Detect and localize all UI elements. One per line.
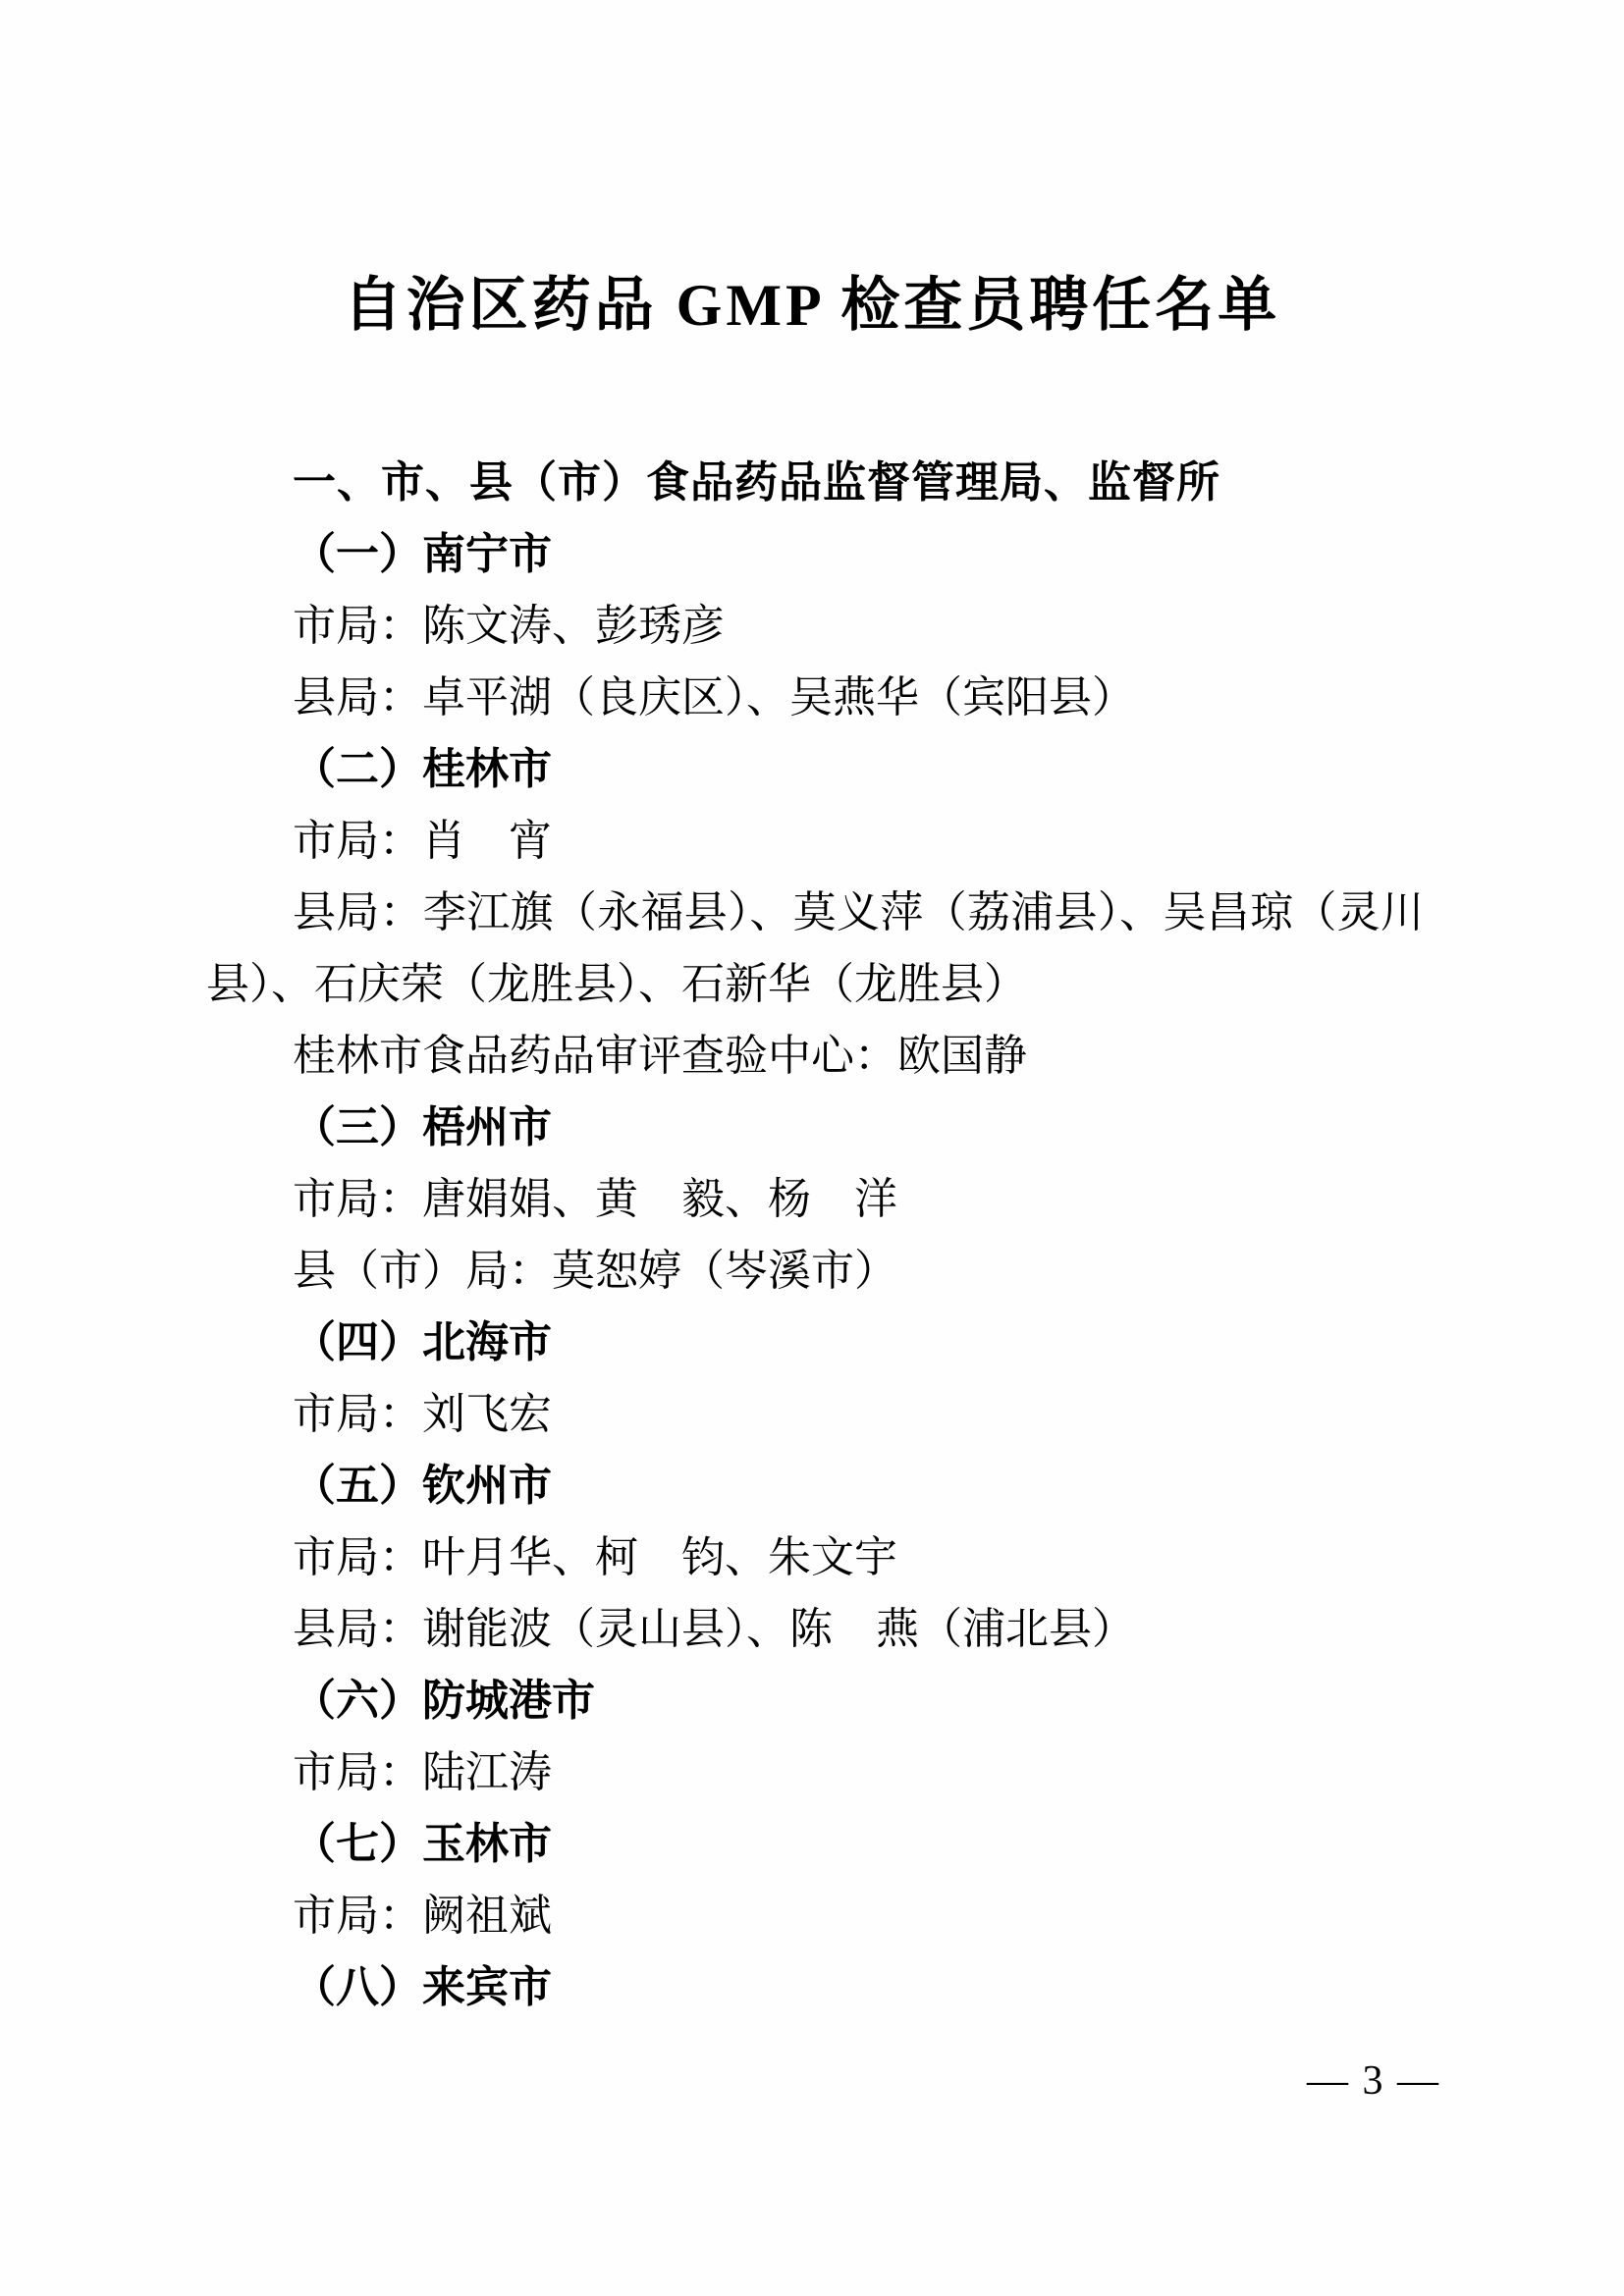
body-line: 县局：谢能波（灵山县）、陈 燕（浦北县） (206, 1593, 1424, 1665)
body-line: 县（市）局：莫恕婷（岑溪市） (206, 1235, 1424, 1307)
body-line: 桂林市食品药品审评查验中心：欧国静 (206, 1020, 1424, 1092)
body-line: 市局：唐娟娟、黄 毅、杨 洋 (206, 1163, 1424, 1235)
page-title: 自治区药品 GMP 检查员聘任名单 (0, 0, 1624, 344)
subsection-heading: （三）梧州市 (206, 1092, 1424, 1163)
subsection-heading: （六）防城港市 (206, 1665, 1424, 1736)
body-line: 市局：阙祖斌 (206, 1880, 1424, 1951)
body-line: 市局：陈文涛、彭琇彦 (206, 590, 1424, 662)
subsection-heading: （二）桂林市 (206, 733, 1424, 805)
document-body: 一、市、县（市）食品药品监督管理局、监督所 （一）南宁市 市局：陈文涛、彭琇彦 … (206, 447, 1424, 2023)
body-line: 县局：卓平湖（良庆区）、吴燕华（宾阳县） (206, 662, 1424, 733)
body-line: 市局：肖 宵 (206, 805, 1424, 877)
subsection-heading: （四）北海市 (206, 1307, 1424, 1378)
body-line: 市局：刘飞宏 (206, 1378, 1424, 1450)
section-heading: 一、市、县（市）食品药品监督管理局、监督所 (206, 447, 1424, 518)
document-page: 自治区药品 GMP 检查员聘任名单 一、市、县（市）食品药品监督管理局、监督所 … (0, 0, 1624, 2296)
subsection-heading: （八）来宾市 (206, 1951, 1424, 2023)
body-line: 市局：陆江涛 (206, 1736, 1424, 1808)
subsection-heading: （一）南宁市 (206, 518, 1424, 590)
subsection-heading: （七）玉林市 (206, 1808, 1424, 1880)
body-line: 市局：叶月华、柯 钧、朱文宇 (206, 1522, 1424, 1593)
page-number: — 3 — (1307, 2057, 1440, 2105)
subsection-heading: （五）钦州市 (206, 1450, 1424, 1522)
body-line: 县局：李江旗（永福县）、莫义萍（荔浦县）、吴昌琼（灵川县）、石庆荣（龙胜县）、石… (206, 877, 1424, 1020)
